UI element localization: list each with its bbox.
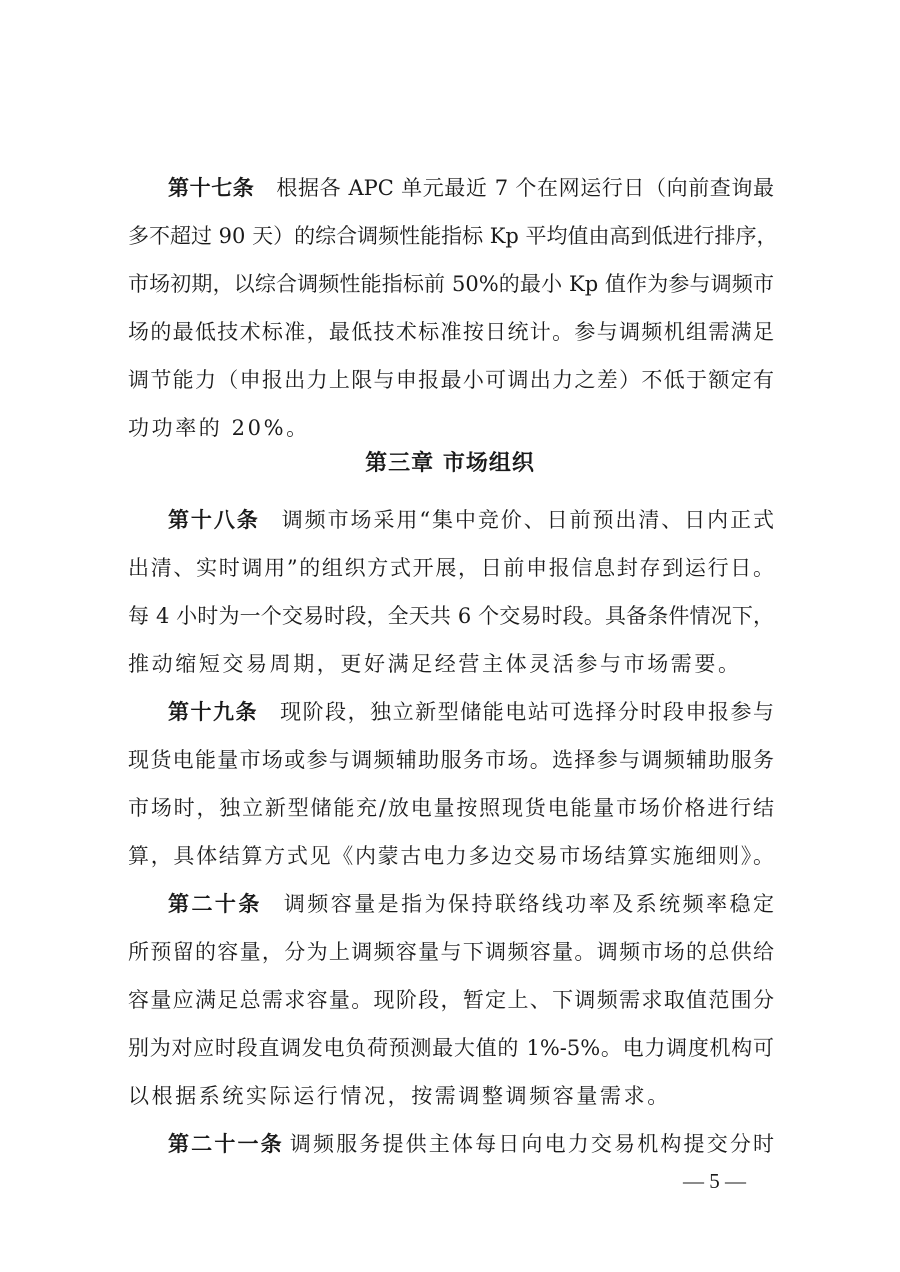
- chapter-title: 第三章 市场组织: [0, 447, 900, 481]
- paragraph-text: 所预留的容量，分为上调频容量与下调频容量。调频市场的总供给: [128, 935, 774, 969]
- paragraph-text: 根据各 APC 单元最近 7 个在网运行日（向前查询最: [276, 176, 774, 200]
- paragraph-text: 调频服务提供主体每日向电力交易机构提交分时: [290, 1132, 774, 1156]
- paragraph-text: 市场初期，以综合调频性能指标前 50%的最小 Kp 值作为参与调频市: [128, 267, 774, 301]
- article-18-line-1: 第十八条调频市场采用“集中竞价、日前预出清、日内正式: [168, 503, 774, 537]
- article-19-line-1: 第十九条现阶段，独立新型储能电站可选择分时段申报参与: [168, 695, 774, 729]
- article-label: 第二十条: [168, 892, 262, 916]
- paragraph-text: 场的最低技术标准，最低技术标准按日统计。参与调频机组需满足: [128, 315, 774, 349]
- article-17-line-3: 市场初期，以综合调频性能指标前 50%的最小 Kp 值作为参与调频市: [128, 267, 774, 301]
- article-20-line-3: 容量应满足总需求容量。现阶段，暂定上、下调频需求取值范围分: [128, 983, 774, 1017]
- paragraph-text: 功功率的 20%。: [128, 411, 310, 445]
- article-label: 第十八条: [168, 508, 260, 532]
- article-label: 第二十一条: [168, 1132, 284, 1156]
- article-label: 第十九条: [168, 700, 258, 724]
- article-label: 第十七条: [168, 176, 254, 200]
- article-20-line-1: 第二十条调频容量是指为保持联络线功率及系统频率稳定: [168, 887, 774, 921]
- paragraph-text: 市场时，独立新型储能充/放电量按照现货电能量市场价格进行结: [128, 791, 774, 825]
- article-18-line-2: 出清、实时调用”的组织方式开展，日前申报信息封存到运行日。: [128, 551, 774, 585]
- paragraph-text: 推动缩短交易周期，更好满足经营主体灵活参与市场需要。: [128, 647, 742, 681]
- paragraph-text: 调节能力（申报出力上限与申报最小可调出力之差）不低于额定有: [128, 363, 774, 397]
- article-18-line-4: 推动缩短交易周期，更好满足经营主体灵活参与市场需要。: [128, 647, 774, 681]
- article-19-line-4: 算，具体结算方式见《内蒙古电力多边交易市场结算实施细则》。: [128, 839, 774, 873]
- article-19-line-2: 现货电能量市场或参与调频辅助服务市场。选择参与调频辅助服务: [128, 743, 774, 777]
- article-20-line-2: 所预留的容量，分为上调频容量与下调频容量。调频市场的总供给: [128, 935, 774, 969]
- article-17-line-6: 功功率的 20%。: [128, 411, 774, 445]
- article-17-line-4: 场的最低技术标准，最低技术标准按日统计。参与调频机组需满足: [128, 315, 774, 349]
- paragraph-text: 调频市场采用“集中竞价、日前预出清、日内正式: [282, 508, 774, 532]
- paragraph-text: 多不超过 90 天）的综合调频性能指标 Kp 平均值由高到低进行排序，: [128, 219, 774, 253]
- paragraph-text: 算，具体结算方式见《内蒙古电力多边交易市场结算实施细则》。: [128, 839, 774, 873]
- article-17-line-2: 多不超过 90 天）的综合调频性能指标 Kp 平均值由高到低进行排序，: [128, 219, 774, 253]
- article-18-line-3: 每 4 小时为一个交易时段，全天共 6 个交易时段。具备条件情况下，: [128, 599, 774, 633]
- page-number: — 5 —: [683, 1166, 746, 1196]
- article-20-line-5: 以根据系统实际运行情况，按需调整调频容量需求。: [128, 1079, 774, 1113]
- paragraph-text: 调频容量是指为保持联络线功率及系统频率稳定: [284, 892, 774, 916]
- paragraph-text: 出清、实时调用”的组织方式开展，日前申报信息封存到运行日。: [128, 551, 774, 585]
- article-19-line-3: 市场时，独立新型储能充/放电量按照现货电能量市场价格进行结: [128, 791, 774, 825]
- article-20-line-4: 别为对应时段直调发电负荷预测最大值的 1%-5%。电力调度机构可: [128, 1031, 774, 1065]
- paragraph-text: 现货电能量市场或参与调频辅助服务市场。选择参与调频辅助服务: [128, 743, 774, 777]
- paragraph-text: 现阶段，独立新型储能电站可选择分时段申报参与: [280, 700, 774, 724]
- article-17-line-1: 第十七条根据各 APC 单元最近 7 个在网运行日（向前查询最: [168, 171, 774, 205]
- paragraph-text: 每 4 小时为一个交易时段，全天共 6 个交易时段。具备条件情况下，: [128, 599, 774, 633]
- document-page: 第十七条根据各 APC 单元最近 7 个在网运行日（向前查询最 多不超过 90 …: [0, 0, 900, 1272]
- article-21-line-1: 第二十一条调频服务提供主体每日向电力交易机构提交分时: [168, 1127, 774, 1161]
- paragraph-text: 别为对应时段直调发电负荷预测最大值的 1%-5%。电力调度机构可: [128, 1031, 774, 1065]
- paragraph-text: 以根据系统实际运行情况，按需调整调频容量需求。: [128, 1079, 671, 1113]
- paragraph-text: 容量应满足总需求容量。现阶段，暂定上、下调频需求取值范围分: [128, 983, 774, 1017]
- article-17-line-5: 调节能力（申报出力上限与申报最小可调出力之差）不低于额定有: [128, 363, 774, 397]
